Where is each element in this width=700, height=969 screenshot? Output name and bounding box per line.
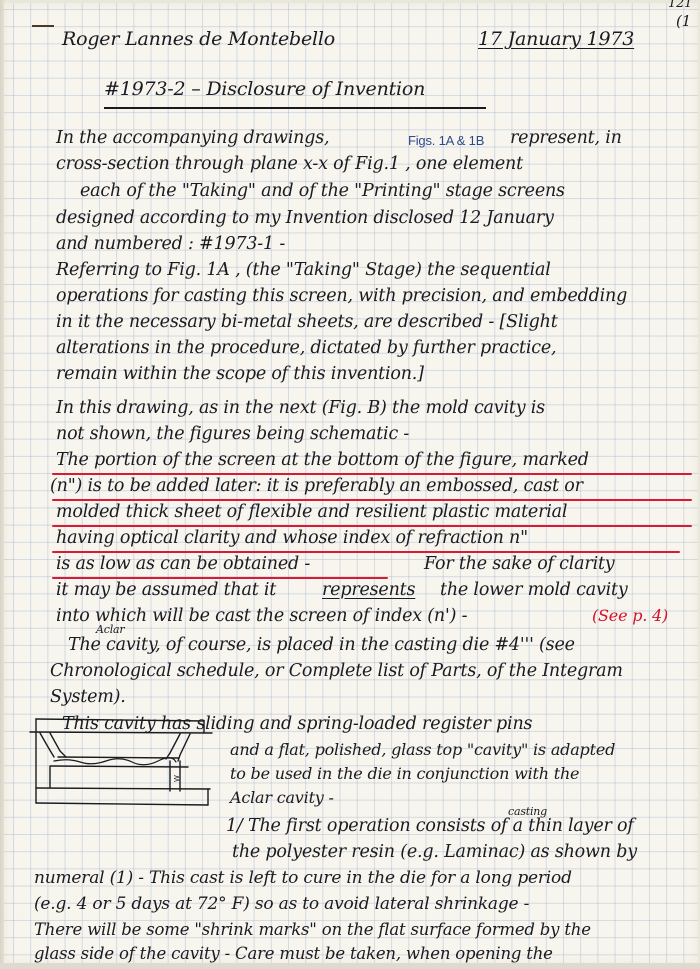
red-underline-1	[52, 473, 692, 475]
p2-line-1: Referring to Fig. 1A , (the "Taking" Sta…	[56, 262, 551, 280]
red-underline-4	[52, 551, 680, 553]
p6-line-4: Aclar cavity -	[230, 790, 334, 806]
p2-line-5: remain within the scope of this inventio…	[56, 366, 424, 384]
red-underline-3	[52, 525, 692, 527]
p1-line-4: designed according to my Invention discl…	[56, 210, 554, 228]
p4-line-6-emphasis: represents	[322, 582, 415, 600]
svg-text:W: W	[173, 775, 181, 782]
p4-line-6a: it may be assumed that it	[56, 582, 276, 600]
p4-line-5b: For the sake of clarity	[424, 556, 615, 574]
p4-line-2: (n") is to be added later: it is prefera…	[50, 478, 583, 496]
p3-line-2: not shown, the figures being schematic -	[56, 426, 409, 444]
p5-insert: Aclar	[96, 624, 124, 635]
p4-line-1: The portion of the screen at the bottom …	[56, 452, 589, 470]
p7-line-1: 1/ The first operation consists of a thi…	[226, 818, 634, 836]
p7-line-3: numeral (1) - This cast is left to cure …	[34, 870, 572, 887]
p4-line-3: molded thick sheet of flexible and resil…	[56, 504, 567, 522]
p4-line-4: having optical clarity and whose index o…	[56, 530, 528, 548]
p2-line-2: operations for casting this screen, with…	[56, 288, 627, 306]
p6-line-2: and a flat, polished, glass top "cavity"…	[230, 742, 615, 758]
p1-figs-ref: Figs. 1A & 1B	[408, 134, 484, 147]
p7-line-6: glass side of the cavity - Care must be …	[34, 946, 553, 963]
p5-line-3: System).	[50, 689, 126, 707]
page-number: 121	[668, 0, 692, 10]
p5-line-1: The cavity, of course, is placed in the …	[68, 637, 575, 655]
p1-line-5: and numbered : #1973-1 -	[56, 236, 285, 254]
ink-dash-mark	[32, 25, 54, 27]
p7-line-2: the polyester resin (e.g. Laminac) as sh…	[232, 844, 637, 862]
p4-line-5a: is as low as can be obtained -	[56, 556, 310, 574]
p5-line-2: Chronological schedule, or Complete list…	[50, 663, 623, 681]
p1-line-2: cross-section through plane x-x of Fig.1…	[56, 156, 523, 174]
entry-date: 17 January 1973	[478, 30, 634, 49]
red-underline-5	[52, 577, 388, 579]
p2-line-3: in it the necessary bi-metal sheets, are…	[56, 314, 558, 332]
p2-line-4: alterations in the procedure, dictated b…	[56, 340, 556, 358]
p3-line-1: In this drawing, as in the next (Fig. B)…	[56, 400, 545, 418]
p1-line-1a: In the accompanying drawings,	[56, 130, 329, 148]
p7-line-5: There will be some "shrink marks" on the…	[34, 922, 591, 939]
cavity-cross-section-drawing: W	[28, 715, 218, 815]
p6-line-3: to be used in the die in conjunction wit…	[230, 766, 579, 782]
page-sub-number: (1	[676, 14, 691, 29]
page-edge-bottom	[0, 963, 700, 969]
see-page-note: (See p. 4)	[592, 608, 668, 624]
author-name: Roger Lannes de Montebello	[62, 30, 335, 49]
document-title: #1973-2 – Disclosure of Invention	[104, 80, 425, 99]
p1-line-3: each of the "Taking" and of the "Printin…	[80, 183, 565, 201]
p7-line-4: (e.g. 4 or 5 days at 72° F) so as to avo…	[34, 896, 529, 913]
p1-line-1b: represent, in	[510, 130, 622, 148]
red-underline-2	[52, 499, 692, 501]
p4-line-6b: the lower mold cavity	[440, 582, 628, 600]
title-underline	[104, 107, 486, 109]
